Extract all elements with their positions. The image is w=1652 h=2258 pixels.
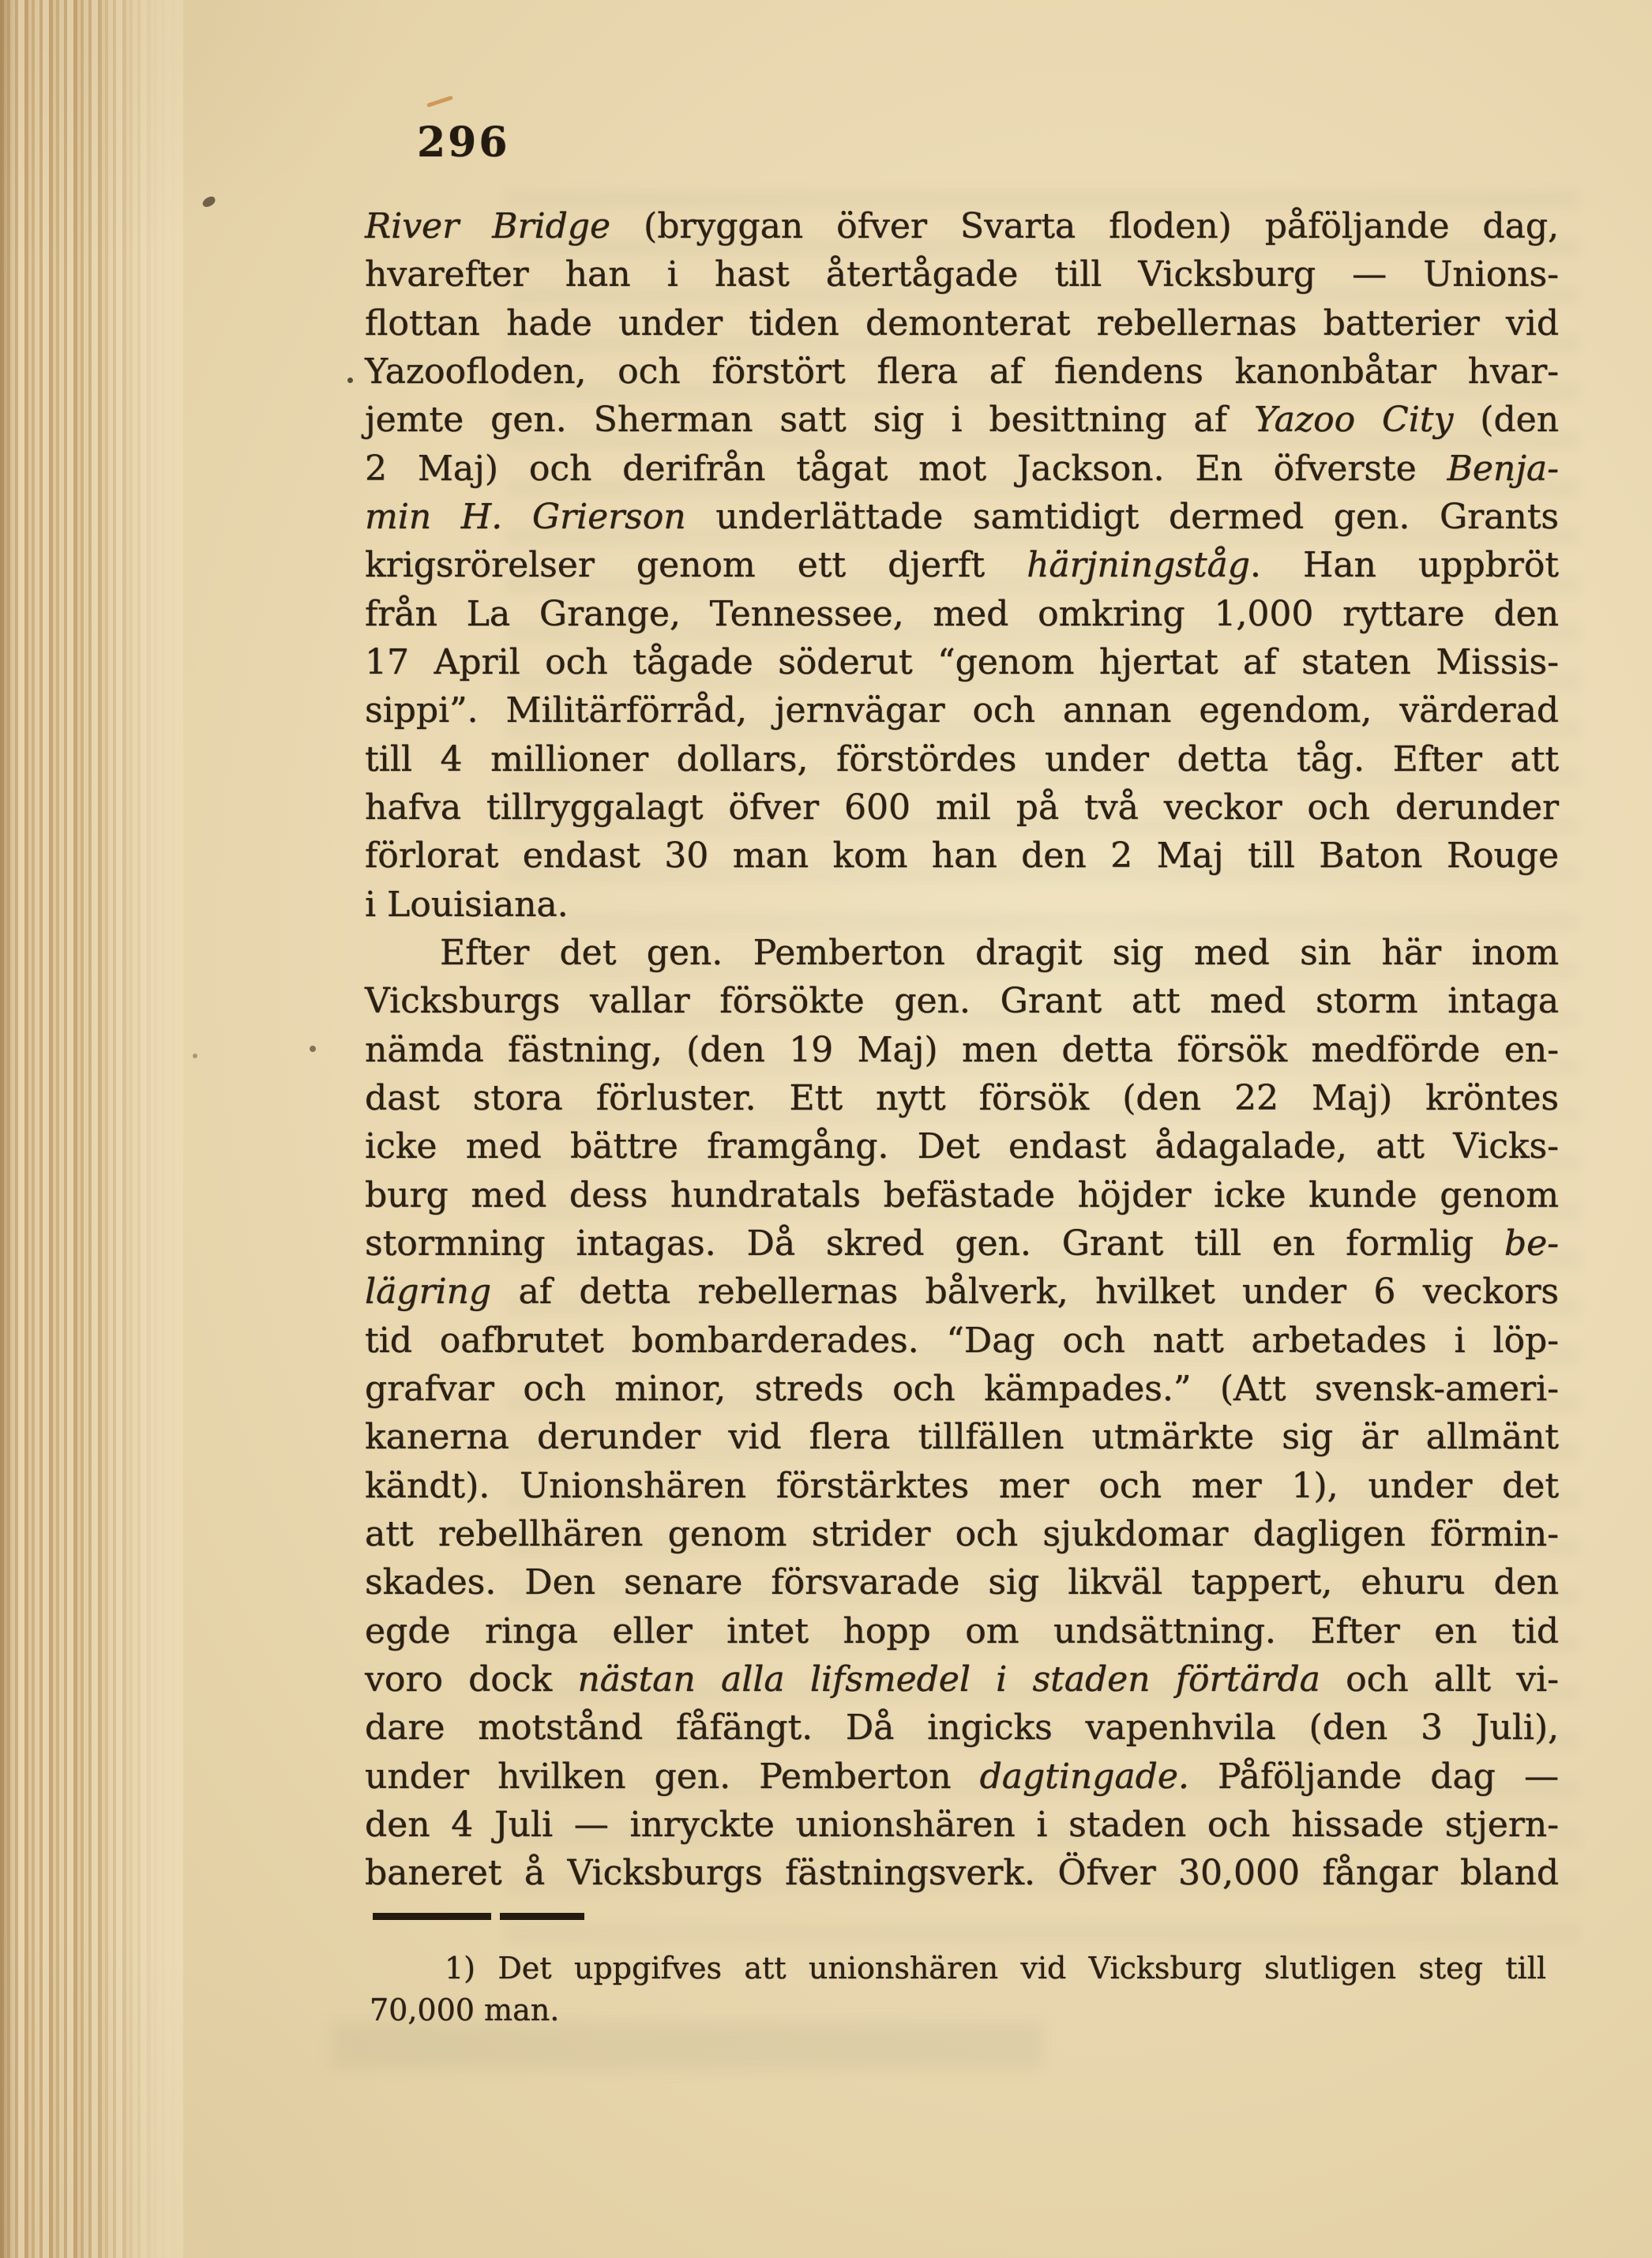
footnote-separator-rule [373, 1913, 584, 1920]
text-line: till 4 millioner dollars, förstördes und… [365, 735, 1559, 783]
footnote-line: 1) Det uppgifves att unionshären vid Vic… [370, 1948, 1546, 1989]
text-line: kanerna derunder vid flera tillfällen ut… [365, 1413, 1559, 1461]
text-line: 2 Maj) och derifrån tågat mot Jackson. E… [365, 445, 1559, 493]
footnote-text: 1) Det uppgifves att unionshären vid Vic… [370, 1948, 1546, 2031]
text-line: skades. Den senare försvarade sig likväl… [365, 1558, 1559, 1606]
text-line: baneret å Vicksburgs fästningsverk. Öfve… [365, 1849, 1559, 1897]
text-line: egde ringa eller intet hopp om undsättni… [365, 1607, 1559, 1655]
text-line: icke med bättre framgång. Det endast åda… [365, 1122, 1559, 1170]
text-line: flottan hade under tiden demonterat rebe… [365, 299, 1559, 348]
text-line: 17 April och tågade söderut “genom hjert… [365, 638, 1559, 686]
text-line: Yazoofloden, och förstört flera af fiend… [365, 348, 1559, 396]
ink-speck [347, 378, 353, 383]
text-line: burg med dess hundratals befästade höjde… [365, 1171, 1559, 1219]
text-line: min H. Grierson underlättade samtidigt d… [365, 493, 1559, 541]
text-line: förlorat endast 30 man kom han den 2 Maj… [365, 832, 1559, 880]
text-line: hvarefter han i hast återtågade till Vic… [365, 250, 1559, 299]
ink-speck [310, 1046, 316, 1052]
text-line: stormning intagas. Då skred gen. Grant t… [365, 1219, 1559, 1268]
text-line: sippi”. Militärförråd, jernvägar och ann… [365, 686, 1559, 735]
text-line: voro dock nästan alla lifsmedel i staden… [365, 1655, 1559, 1704]
body-text: River Bridge (bryggan öfver Svarta flode… [365, 202, 1559, 1897]
text-line: att rebellhären genom strider och sjukdo… [365, 1510, 1559, 1558]
text-line: jemte gen. Sherman satt sig i besittning… [365, 396, 1559, 444]
text-line: nämda fästning, (den 19 Maj) men detta f… [365, 1026, 1559, 1074]
text-line: den 4 Juli — inryckte unionshären i stad… [365, 1801, 1559, 1849]
text-line: krigsrörelser genom ett djerft härjnings… [365, 541, 1559, 589]
text-line: under hvilken gen. Pemberton dagtingade.… [365, 1753, 1559, 1801]
page-number: 296 [417, 118, 510, 167]
text-line: dare motstånd fåfängt. Då ingicks vapenh… [365, 1704, 1559, 1752]
text-line: i Louisiana. [365, 881, 1559, 929]
text-line: grafvar och minor, streds och kämpades.”… [365, 1365, 1559, 1413]
ink-speck [193, 1054, 197, 1058]
footnote-line: 70,000 man. [370, 1989, 1546, 2031]
book-page-edges [0, 0, 183, 2258]
text-line: dast stora förluster. Ett nytt försök (d… [365, 1074, 1559, 1122]
text-line: lägring af detta rebellernas bålverk, hv… [365, 1268, 1559, 1316]
text-line: hafva tillryggalagt öfver 600 mil på två… [365, 783, 1559, 832]
book-page-scan: 296 River Bridge (bryggan öfver Svarta f… [0, 0, 1652, 2258]
text-line: från La Grange, Tennessee, med omkring 1… [365, 590, 1559, 638]
text-line: tid oafbrutet bombarderades. “Dag och na… [365, 1317, 1559, 1365]
ink-speck [201, 195, 216, 209]
paper-fiber-mark [426, 96, 453, 107]
text-line: River Bridge (bryggan öfver Svarta flode… [365, 202, 1559, 250]
text-line: kändt). Unionshären förstärktes mer och … [365, 1462, 1559, 1510]
text-line: Vicksburgs vallar försökte gen. Grant at… [365, 977, 1559, 1025]
text-line: Efter det gen. Pemberton dragit sig med … [365, 929, 1559, 977]
